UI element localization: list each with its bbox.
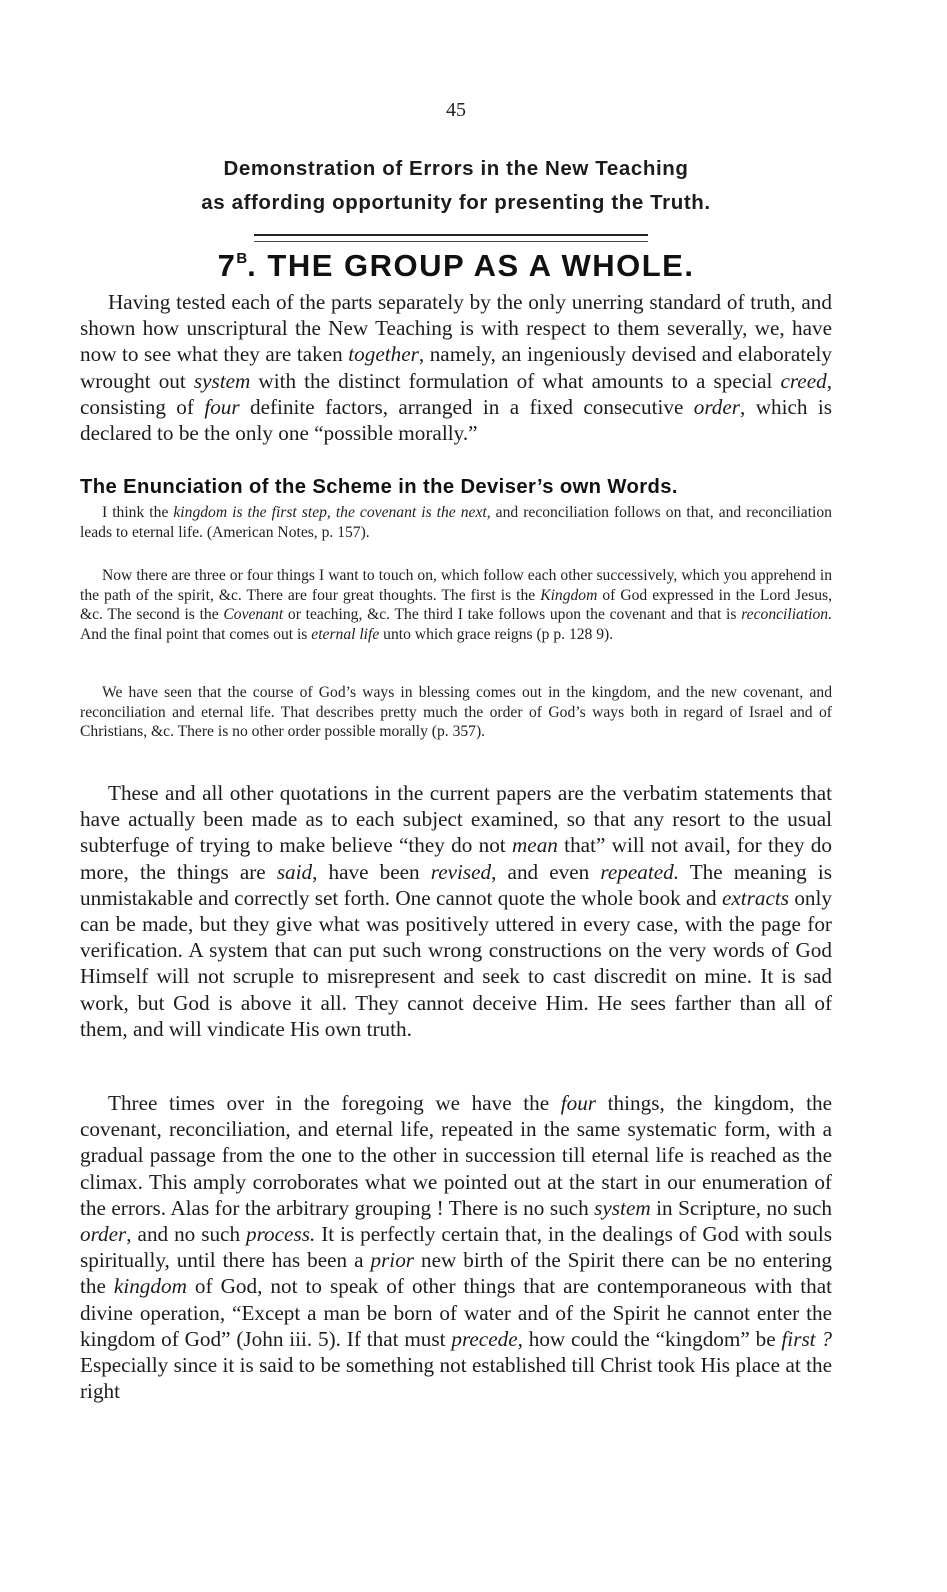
section-number: 7	[218, 248, 237, 283]
italic-run: creed	[780, 369, 826, 393]
text-run: I think the	[102, 504, 173, 521]
paragraph-3: Three times over in the foregoing we hav…	[80, 1090, 832, 1404]
italic-run: extracts	[722, 886, 789, 910]
italic-run: said	[277, 860, 312, 884]
section-title: . THE GROUP AS A WHOLE.	[247, 248, 694, 283]
text-run: Three times over in the foregoing we hav…	[108, 1091, 561, 1115]
text-run: We have seen that the course of God’s wa…	[80, 684, 832, 740]
text-run: with the distinct formulation of what am…	[250, 369, 780, 393]
italic-run: order	[694, 395, 740, 419]
italic-run: system	[194, 369, 251, 393]
italic-run: kingdom	[114, 1274, 187, 1298]
text-run: Especially since it is said to be someth…	[80, 1353, 832, 1403]
italic-run: four	[204, 395, 239, 419]
italic-run: together	[348, 342, 419, 366]
text-run: , how could the “kingdom” be	[518, 1327, 782, 1351]
running-title-line-2: as affording opportunity for presenting …	[80, 186, 832, 220]
text-run: And the final point that comes out is	[80, 626, 311, 643]
section-superscript: B	[236, 250, 247, 267]
italic-run: system	[594, 1196, 651, 1220]
quotation-2: Now there are three or four things I wan…	[80, 566, 832, 644]
text-run: , and even	[491, 860, 600, 884]
italic-run: first ?	[781, 1327, 832, 1351]
italic-run: four	[561, 1091, 596, 1115]
running-title-line-1: Demonstration of Errors in the New Teach…	[80, 152, 832, 186]
italic-run: mean	[512, 833, 558, 857]
italic-run: eternal life	[311, 626, 379, 643]
italic-run: revised	[431, 860, 491, 884]
quotation-3: We have seen that the course of God’s wa…	[80, 683, 832, 742]
italic-run: Kingdom	[540, 587, 597, 604]
text-run: unto which grace reigns (p p. 128 9).	[379, 626, 613, 643]
paragraph-1: Having tested each of the parts separate…	[80, 289, 832, 446]
italic-run: reconciliation.	[741, 606, 832, 623]
italic-run: Covenant	[223, 606, 283, 623]
page-number: 45	[80, 99, 832, 122]
italic-run: order	[80, 1222, 126, 1246]
text-run: in Scripture, no such	[651, 1196, 832, 1220]
text-run: or teaching, &c. The third I take follow…	[283, 606, 741, 623]
section-heading: 7B. THE GROUP AS A WHOLE.	[80, 248, 832, 284]
italic-run: precede	[451, 1327, 517, 1351]
text-run: definite factors, arranged in a fixed co…	[240, 395, 694, 419]
italic-run: prior	[370, 1248, 414, 1272]
text-run: , have been	[312, 860, 431, 884]
italic-run: process.	[246, 1222, 315, 1246]
italic-run: kingdom is the first step, the covenant …	[173, 504, 490, 521]
subheading-enunciation: The Enunciation of the Scheme in the Dev…	[80, 476, 832, 499]
double-rule-divider	[254, 234, 648, 242]
italic-run: repeated.	[600, 860, 679, 884]
running-title: Demonstration of Errors in the New Teach…	[80, 152, 832, 220]
quotation-1: I think the kingdom is the first step, t…	[80, 503, 832, 542]
text-run: , and no such	[126, 1222, 246, 1246]
paragraph-2: These and all other quotations in the cu…	[80, 780, 832, 1042]
